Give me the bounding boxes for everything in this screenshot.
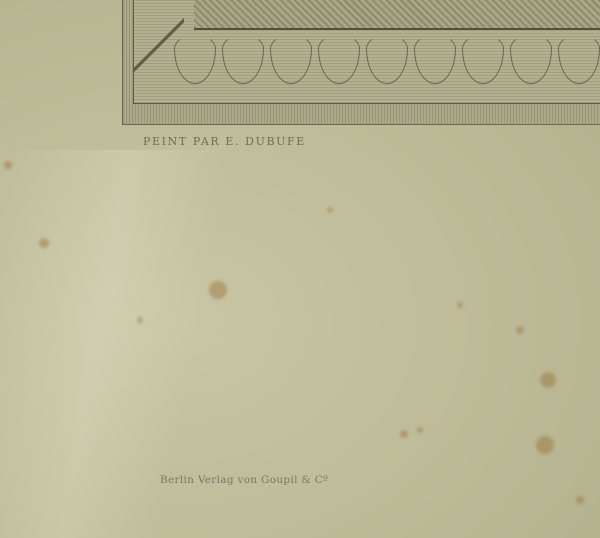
foxing-spot <box>209 281 227 299</box>
foxing-spot <box>417 427 423 433</box>
foxing-spot <box>39 238 49 248</box>
leaf-ornament <box>318 34 360 84</box>
leaf-ornament <box>510 34 552 84</box>
foxing-spot <box>540 372 556 388</box>
painter-credit: PEINT PAR E. DUBUFE <box>143 135 306 148</box>
ornamental-border <box>133 0 600 104</box>
engraved-scene <box>194 0 600 30</box>
leaf-ornament <box>174 34 216 84</box>
leaf-ornament <box>366 34 408 84</box>
leaf-ornament <box>270 34 312 84</box>
foxing-spot <box>576 496 584 504</box>
foxing-spot <box>400 430 408 438</box>
acanthus-frieze <box>174 34 600 92</box>
foxing-spot <box>536 436 554 454</box>
leaf-ornament <box>222 34 264 84</box>
leaf-ornament <box>462 34 504 84</box>
foxing-spot <box>457 302 463 308</box>
foxing-spot <box>516 326 524 334</box>
leaf-ornament <box>414 34 456 84</box>
foxing-spot <box>327 207 333 213</box>
foxing-spot <box>137 317 143 323</box>
engraving-plate <box>122 0 600 125</box>
leaf-ornament <box>558 34 600 84</box>
publisher-imprint: Berlin Verlag von Goupil & Cº <box>160 474 328 486</box>
foxing-spot <box>4 161 12 169</box>
